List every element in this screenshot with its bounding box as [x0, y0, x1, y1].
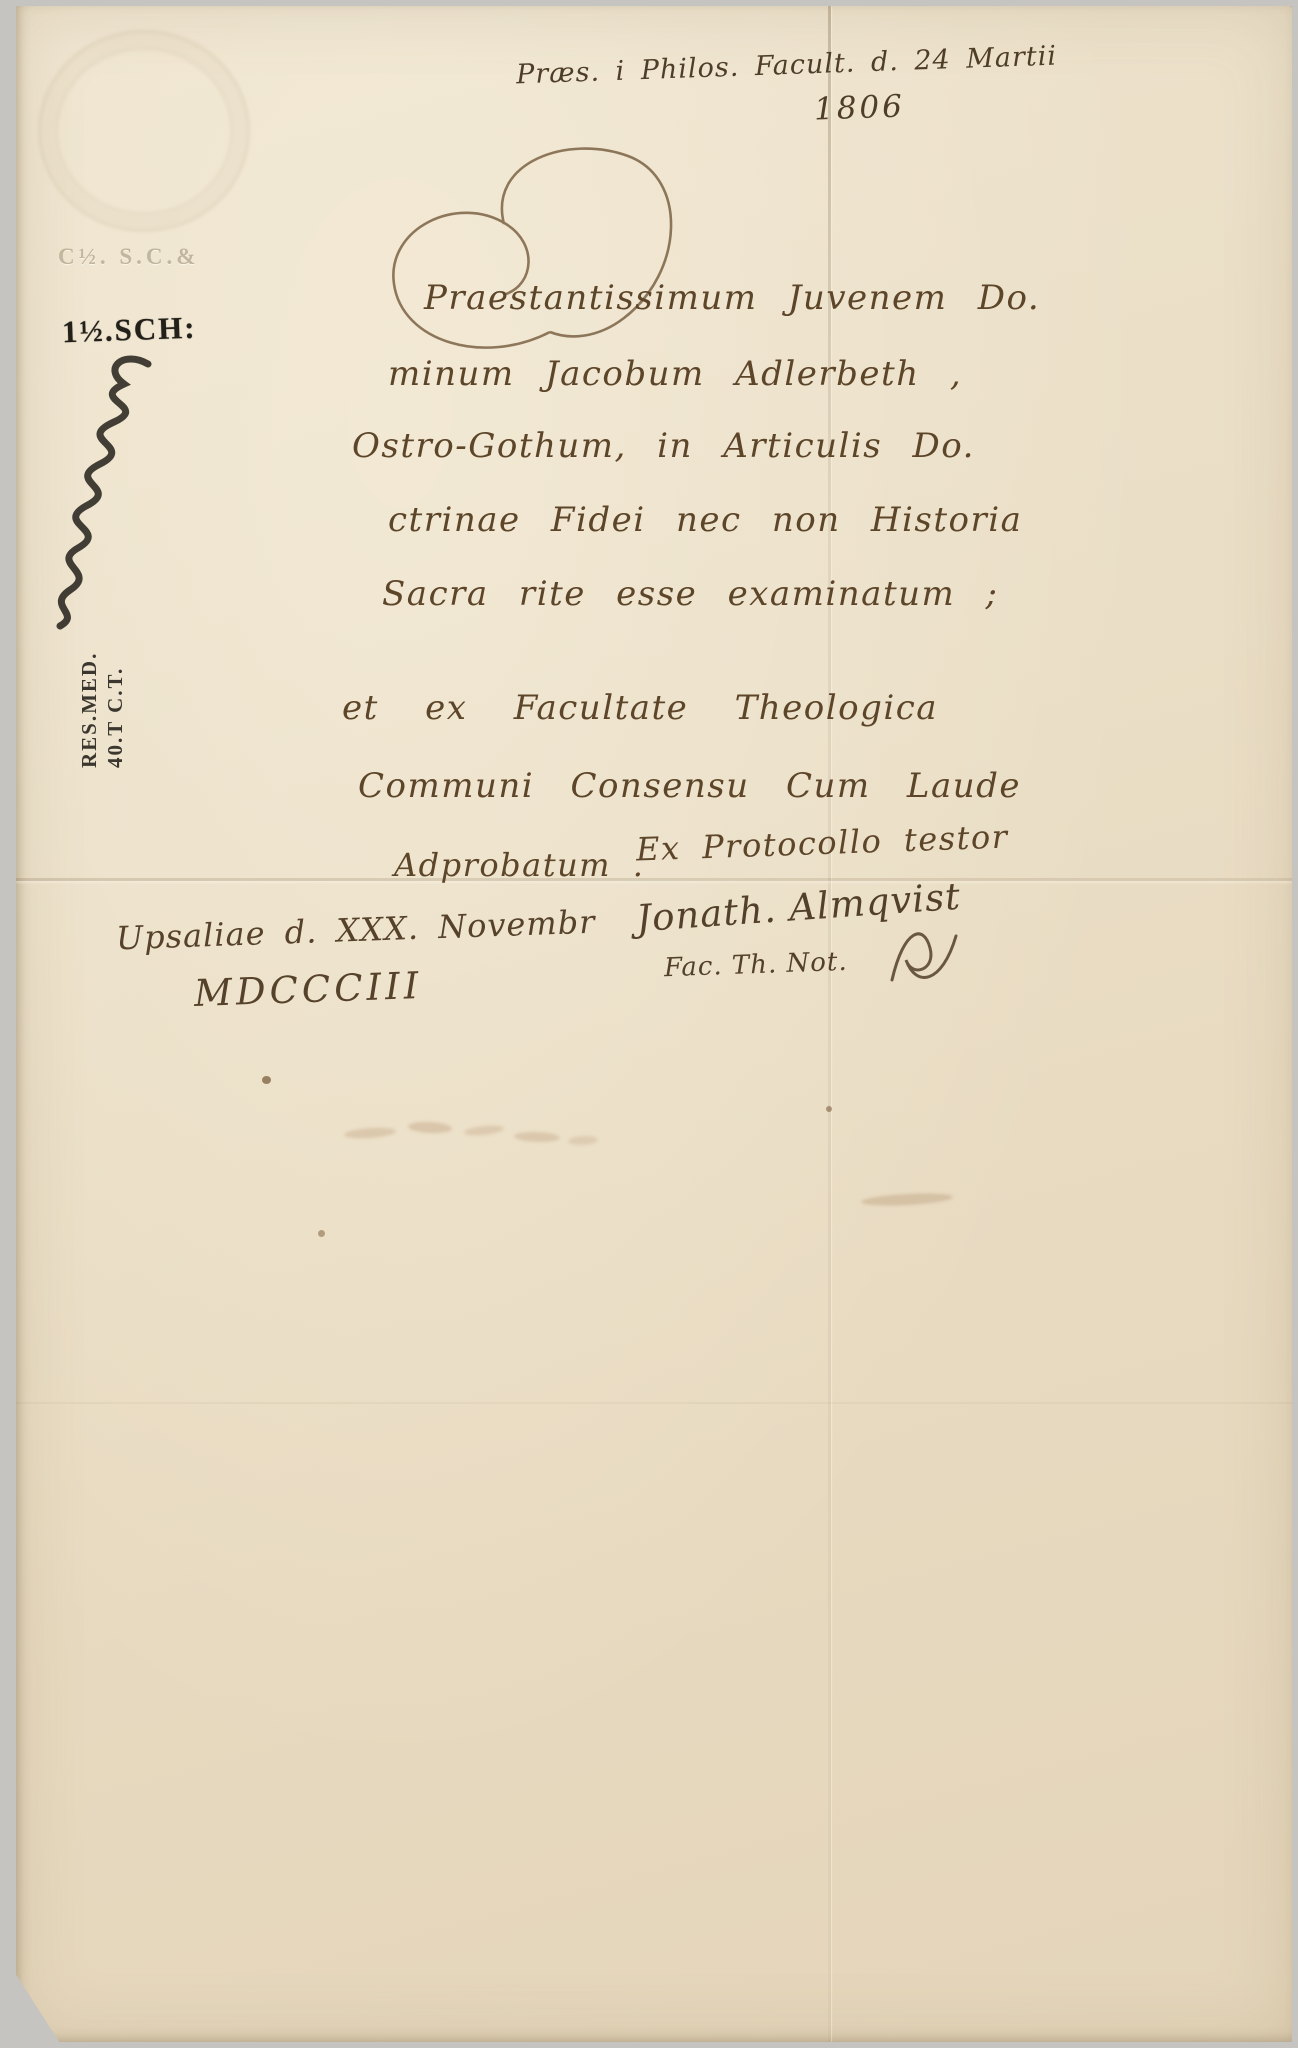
notary-paraph	[884, 918, 974, 998]
document-page: C½. S.C.& 1½.SCH: RES.MED. 40.T C.T. Præ…	[16, 6, 1292, 2042]
stain-smudge	[514, 1131, 560, 1143]
horizontal-fold-crease	[16, 878, 1292, 881]
body-line: Praestantissimum Juvenem Do.	[424, 278, 1040, 318]
body-line: Ostro-Gothum, in Articulis Do.	[352, 426, 975, 466]
dateline-year: MDCCCIII	[193, 964, 423, 1015]
body-line: ctrinae Fidei nec non Historia	[388, 500, 1022, 540]
stain-smudge	[408, 1121, 453, 1134]
body-line: Sacra rite esse examinatum ;	[382, 574, 999, 614]
ink-spot	[826, 1106, 832, 1112]
stain-smudge	[344, 1126, 397, 1140]
registry-annotation: Præs. i Philos. Facult. d. 24 Martii	[516, 41, 1058, 91]
body-line: Communi Consensu Cum Laude	[358, 766, 1021, 806]
stain-smudge	[568, 1135, 598, 1146]
archive-stamp-line1: RES.MED.	[76, 592, 102, 768]
stain-streak	[861, 1192, 953, 1208]
dateline-place: Upsaliae d. XXX. Novembr	[115, 903, 596, 958]
notary-title: Fac. Th. Not.	[664, 947, 849, 983]
scanned-document: C½. S.C.& 1½.SCH: RES.MED. 40.T C.T. Præ…	[0, 0, 1298, 2048]
archive-stamp-line2: 40.T C.T.	[102, 592, 128, 768]
body-line: et ex Facultate Theologica	[342, 688, 938, 728]
embossed-seal-text: C½. S.C.&	[58, 244, 199, 270]
ink-spot	[318, 1230, 325, 1237]
duty-stamp-sch: 1½.SCH:	[61, 310, 197, 351]
embossed-blind-seal	[38, 30, 250, 232]
archive-stamp-resmed: RES.MED. 40.T C.T.	[76, 592, 132, 768]
stain-smudge	[464, 1124, 505, 1137]
registry-annotation-year: 1806	[813, 88, 905, 127]
body-line: minum Jacobum Adlerbeth ,	[388, 354, 962, 394]
faint-fold-crease	[16, 1402, 1292, 1404]
protocol-attestation: Ex Protocollo testor	[635, 818, 1009, 869]
closing-word: Adprobatum .	[394, 846, 644, 884]
ink-spot	[262, 1076, 271, 1084]
